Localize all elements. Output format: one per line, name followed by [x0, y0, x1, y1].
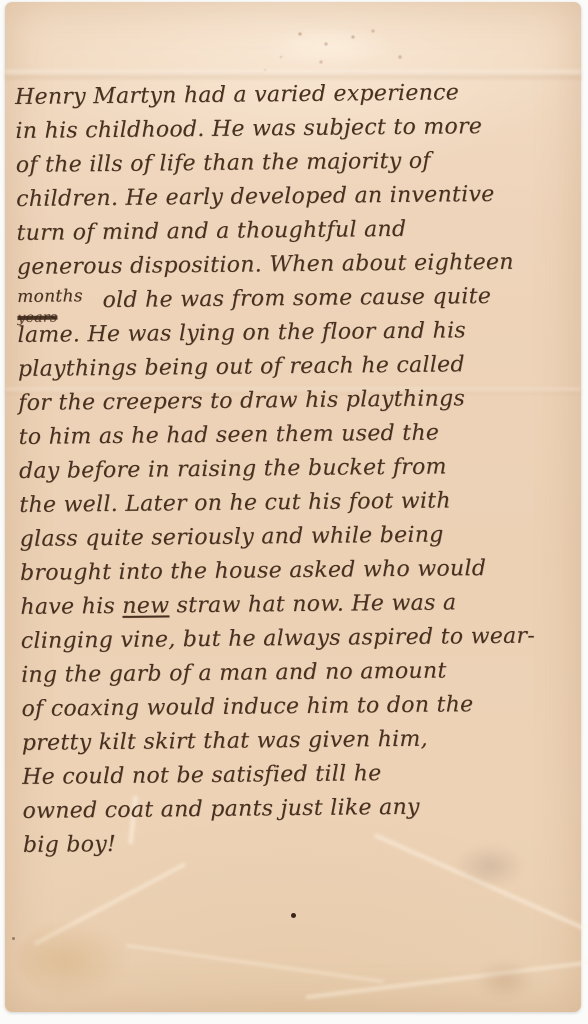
- line-text: old he was from some cause quite: [102, 284, 491, 313]
- underlined-word: new: [122, 593, 169, 618]
- manuscript-line: big boy!: [23, 823, 585, 863]
- ink-dot: [291, 913, 296, 918]
- manuscript-line: clinging vine, but he always aspired to …: [21, 619, 583, 659]
- handwritten-text-block: Henry Martyn had a varied experience in …: [15, 75, 585, 863]
- struck-out-word: years: [17, 311, 57, 325]
- manuscript-line: children. He early developed an inventiv…: [16, 177, 578, 217]
- ink-dot: [12, 937, 15, 940]
- word-correction: months years: [17, 284, 95, 319]
- scan-background: Henry Martyn had a varied experience in …: [0, 0, 588, 1024]
- paper-crease: [306, 959, 588, 1000]
- inserted-word: months: [17, 288, 83, 306]
- line-text: straw hat now. He was a: [169, 590, 456, 618]
- paper-crease: [126, 944, 384, 983]
- manuscript-line: generous disposition. When about eightee…: [17, 245, 579, 285]
- stain: [475, 960, 535, 1000]
- line-text: have his: [20, 594, 122, 620]
- paper-crease: [34, 862, 186, 945]
- stain: [19, 920, 129, 1000]
- manuscript-paper: Henry Martyn had a varied experience in …: [5, 2, 581, 1012]
- pinhole-wrinkle-cluster: [225, 2, 435, 87]
